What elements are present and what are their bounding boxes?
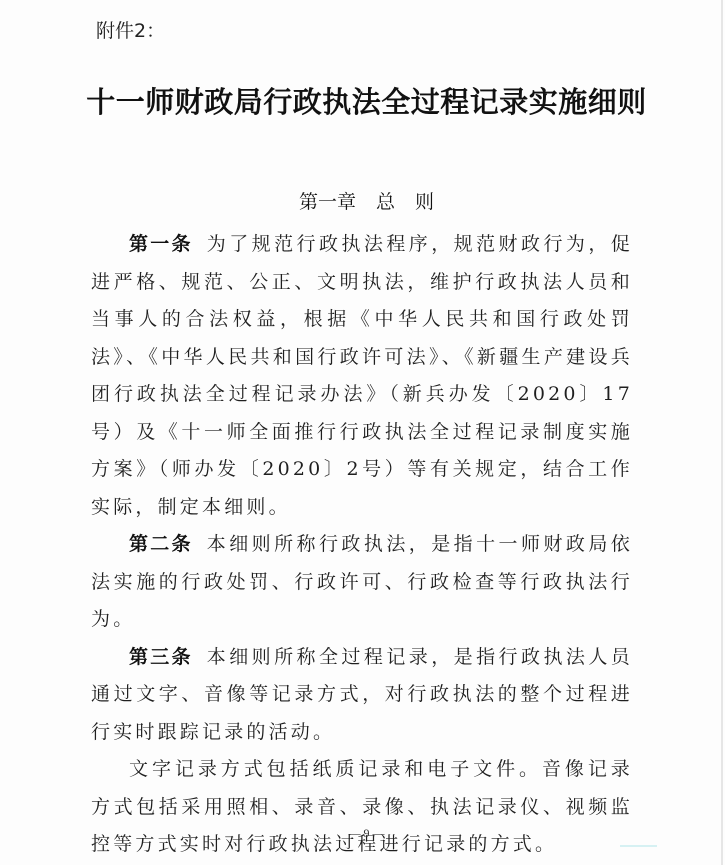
article-3: 第三条本细则所称全过程记录，是指行政执法人员通过文字、音像等记录方式，对行政执法… <box>91 639 633 752</box>
document-page: 附件2： 十一师财政局行政执法全过程记录实施细则 第一章 总 则 第一条为了规范… <box>0 0 725 865</box>
page-number: — 9 — <box>0 826 725 841</box>
scan-artifact <box>620 845 657 847</box>
article-2: 第二条本细则所称行政执法，是指十一师财政局依法实施的行政处罚、行政许可、行政检查… <box>91 526 633 639</box>
paragraph: 文字记录方式包括纸质记录和电子文件。音像记录方式包括采用照相、录音、录像、执法记… <box>91 751 633 864</box>
article-number: 第二条 <box>129 533 193 555</box>
article-1: 第一条为了规范行政执法程序，规范财政行为，促进严格、规范、公正、文明执法，维护行… <box>91 226 633 526</box>
article-text: 为了规范行政执法程序，规范财政行为，促进严格、规范、公正、文明执法，维护行政执法… <box>91 233 633 518</box>
article-number: 第一条 <box>129 233 193 255</box>
document-title: 十一师财政局行政执法全过程记录实施细则 <box>0 80 725 121</box>
document-body: 第一条为了规范行政执法程序，规范财政行为，促进严格、规范、公正、文明执法，维护行… <box>91 226 633 864</box>
article-number: 第三条 <box>129 646 193 668</box>
chapter-heading: 第一章 总 则 <box>0 187 725 214</box>
attachment-label: 附件2： <box>96 16 165 43</box>
